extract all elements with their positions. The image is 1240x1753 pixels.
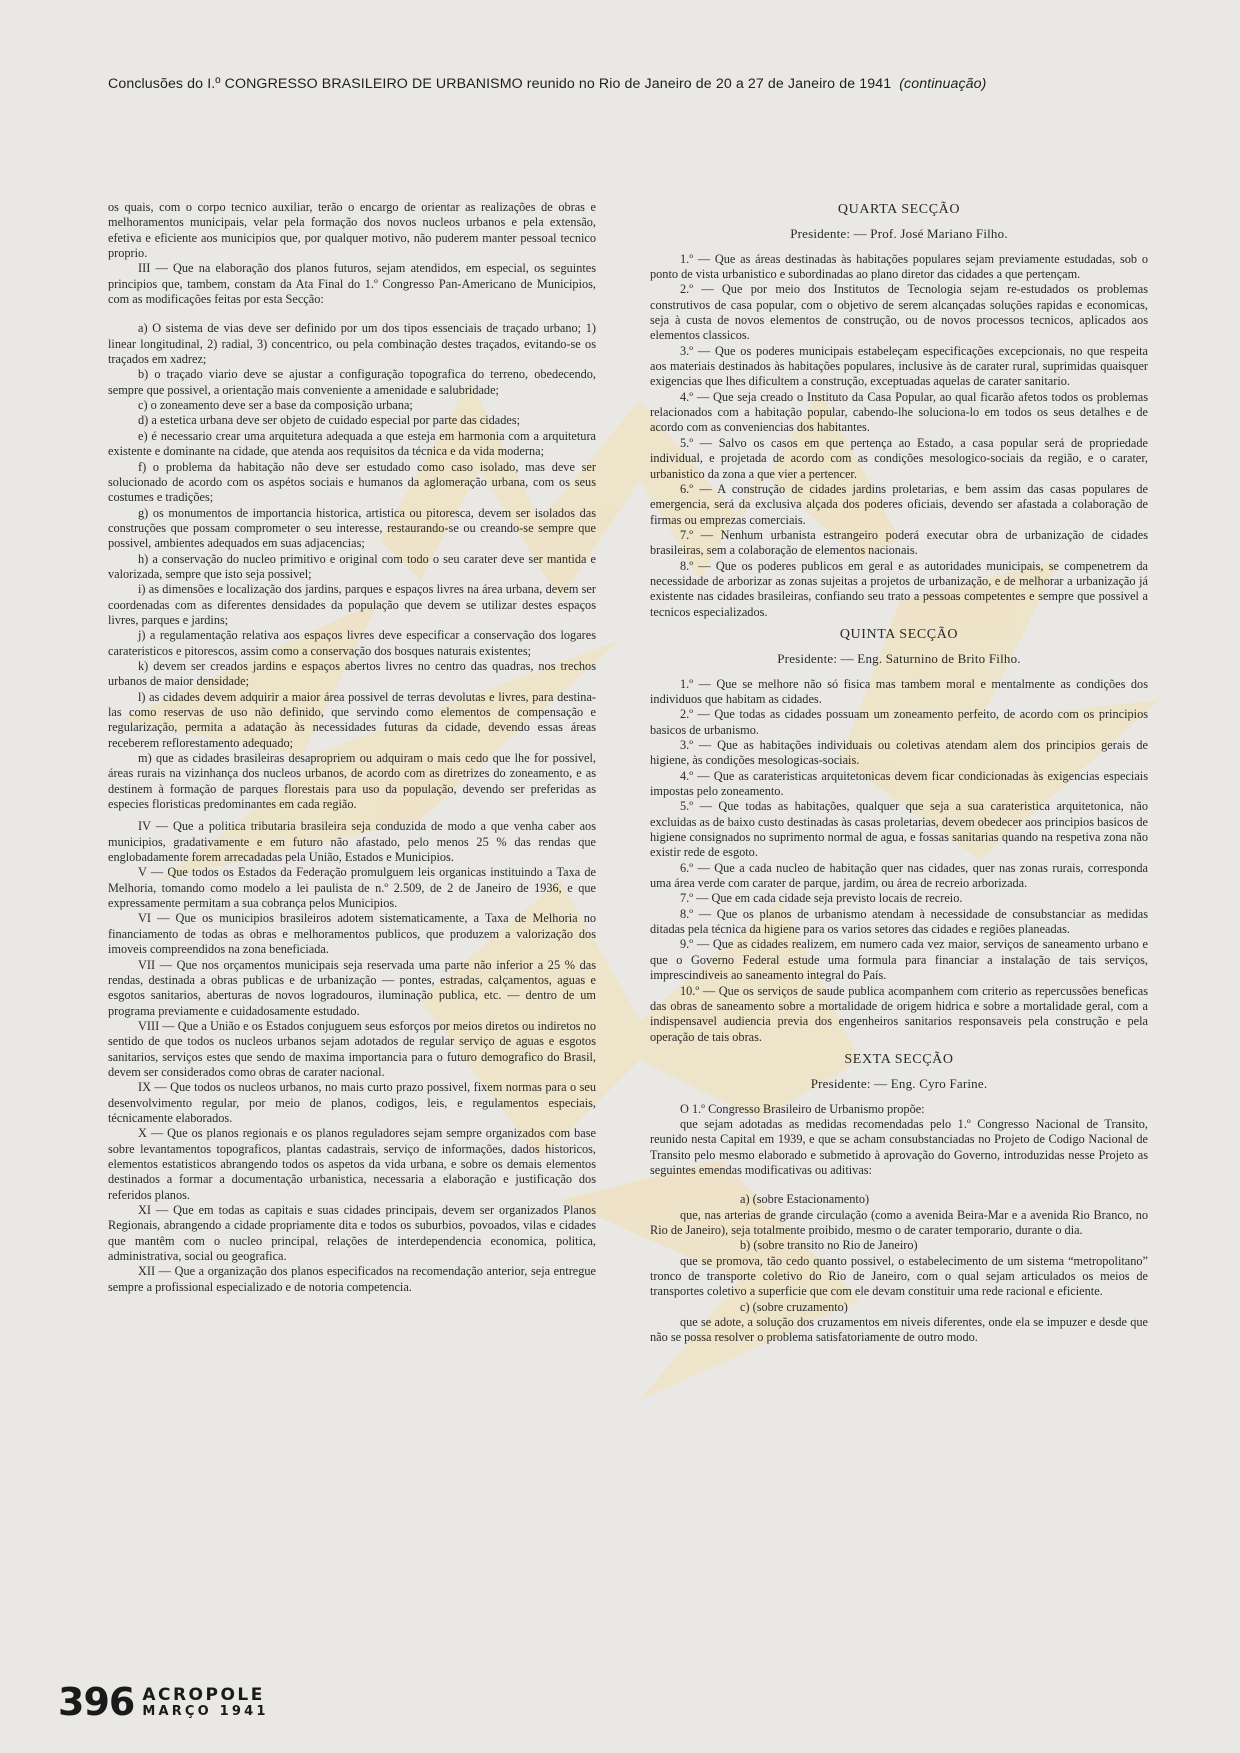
sub-item-d: d) a estetica urbana deve ser objeto de … xyxy=(108,413,596,428)
sub-item-i: i) as dimensões e localização dos jardin… xyxy=(108,582,596,628)
page-number: 396 xyxy=(58,1683,134,1721)
amendment-label: c) (sobre cruzamento) xyxy=(650,1300,1148,1315)
list-item: 6.º — A construção de cidades jardins pr… xyxy=(650,482,1148,528)
section-sexta: SEXTA SECÇÃO Presidente: — Eng. Cyro Far… xyxy=(650,1052,1148,1346)
sub-item-l: l) as cidades devem adquirir a maior áre… xyxy=(108,690,596,751)
item-viii: VIII — Que a União e os Estados conjugue… xyxy=(108,1019,596,1080)
item-ix: IX — Que todos os nucleos urbanos, no ma… xyxy=(108,1080,596,1126)
amendment-text: que, nas arterias de grande circulação (… xyxy=(650,1208,1148,1239)
header-continuation: (continuação) xyxy=(899,76,986,92)
item-xii: XII — Que a organização dos planos espec… xyxy=(108,1264,596,1295)
section-president: Presidente: — Eng. Cyro Farine. xyxy=(650,1076,1148,1091)
item-iv: IV — Que a politica tributaria brasileir… xyxy=(108,819,596,865)
list-item: 5.º — Que todas as habitações, qualquer … xyxy=(650,799,1148,860)
item-iii: III — Que na elaboração dos planos futur… xyxy=(108,261,596,307)
list-item: 2.º — Que por meio dos Institutos de Tec… xyxy=(650,282,1148,343)
item-x: X — Que os planos regionais e os planos … xyxy=(108,1126,596,1203)
sub-item-m: m) que as cidades brasileiras desapropri… xyxy=(108,751,596,812)
header-title: Conclusões do I.º CONGRESSO BRASILEIRO D… xyxy=(108,76,891,92)
list-item: 1.º — Que as áreas destinadas às habitaç… xyxy=(650,252,1148,283)
list-item: 7.º — Nenhum urbanista estrangeiro poder… xyxy=(650,528,1148,559)
sub-item-j: j) a regulamentação relativa aos espaços… xyxy=(108,628,596,659)
amendment-text: que se adote, a solução dos cruzamentos … xyxy=(650,1315,1148,1346)
section-quarta: QUARTA SECÇÃO Presidente: — Prof. José M… xyxy=(650,202,1148,620)
list-item: 3.º — Que as habitações individuais ou c… xyxy=(650,738,1148,769)
section-body: que sejam adotadas as medidas recomendad… xyxy=(650,1117,1148,1178)
item-vi: VI — Que os municipios brasileiros adote… xyxy=(108,911,596,957)
section-title: QUARTA SECÇÃO xyxy=(650,202,1148,217)
item-xi: XI — Que em todas as capitais e suas cid… xyxy=(108,1203,596,1264)
amendment-label: a) (sobre Estacionamento) xyxy=(650,1192,1148,1207)
list-item: 1.º — Que se melhore não só fisica mas t… xyxy=(650,677,1148,708)
magazine-name: ACROPOLE xyxy=(142,1687,268,1704)
sub-item-g: g) os monumentos de importancia historic… xyxy=(108,506,596,552)
list-item: 6.º — Que a cada nucleo de habitação que… xyxy=(650,861,1148,892)
section-president: Presidente: — Prof. José Mariano Filho. xyxy=(650,226,1148,241)
page-header: Conclusões do I.º CONGRESSO BRASILEIRO D… xyxy=(108,76,1160,92)
item-vii: VII — Que nos orçamentos municipais seja… xyxy=(108,958,596,1019)
section-title: QUINTA SECÇÃO xyxy=(650,627,1148,642)
amendment-text: que se promova, tão cedo quanto possivel… xyxy=(650,1254,1148,1300)
list-item: 8.º — Que os poderes publicos em geral e… xyxy=(650,559,1148,620)
sub-item-h: h) a conservação do nucleo primitivo e o… xyxy=(108,552,596,583)
page-footer: 396 ACROPOLE MARÇO 1941 xyxy=(58,1683,269,1721)
section-intro: O 1.º Congresso Brasileiro de Urbanismo … xyxy=(650,1102,1148,1117)
section-president: Presidente: — Eng. Saturnino de Brito Fi… xyxy=(650,651,1148,666)
list-item: 4.º — Que as carateristicas arquitetonic… xyxy=(650,769,1148,800)
sub-item-a: a) O sistema de vias deve ser definido p… xyxy=(108,321,596,367)
list-item: 2.º — Que todas as cidades possuam um zo… xyxy=(650,707,1148,738)
section-quinta: QUINTA SECÇÃO Presidente: — Eng. Saturni… xyxy=(650,627,1148,1045)
list-item: 4.º — Que seja creado o Instituto da Cas… xyxy=(650,390,1148,436)
sub-item-b: b) o traçado viario deve se ajustar a co… xyxy=(108,367,596,398)
list-item: 3.º — Que os poderes municipais estabele… xyxy=(650,344,1148,390)
sub-item-f: f) o problema da habitação não deve ser … xyxy=(108,460,596,506)
issue-date: MARÇO 1941 xyxy=(142,1705,268,1718)
left-column: os quais, com o corpo tecnico auxiliar, … xyxy=(108,200,596,1295)
sub-item-c: c) o zoneamento deve ser a base da compo… xyxy=(108,398,596,413)
item-v: V — Que todos os Estados da Federação pr… xyxy=(108,865,596,911)
intro-paragraph: os quais, com o corpo tecnico auxiliar, … xyxy=(108,200,596,261)
right-column: QUARTA SECÇÃO Presidente: — Prof. José M… xyxy=(650,200,1148,1346)
sub-item-k: k) devem ser creados jardins e espaços a… xyxy=(108,659,596,690)
list-item: 7.º — Que em cada cidade seja previsto l… xyxy=(650,891,1148,906)
magazine-masthead: ACROPOLE MARÇO 1941 xyxy=(142,1687,268,1718)
list-item: 5.º — Salvo os casos em que pertença ao … xyxy=(650,436,1148,482)
amendment-label: b) (sobre transito no Rio de Janeiro) xyxy=(650,1238,1148,1253)
section-title: SEXTA SECÇÃO xyxy=(650,1052,1148,1067)
list-item: 9.º — Que as cidades realizem, em numero… xyxy=(650,937,1148,983)
list-item: 10.º — Que os serviços de saude publica … xyxy=(650,984,1148,1045)
sub-item-e: e) é necessario crear uma arquitetura ad… xyxy=(108,429,596,460)
list-item: 8.º — Que os planos de urbanismo atendam… xyxy=(650,907,1148,938)
